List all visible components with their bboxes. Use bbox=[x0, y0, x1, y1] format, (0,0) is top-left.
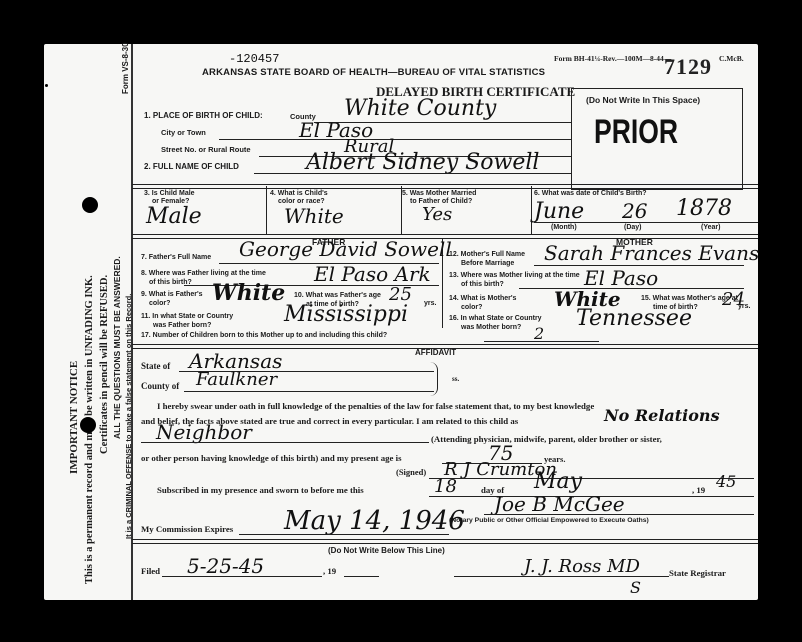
affidavit-county-value: Faulkner bbox=[196, 369, 277, 390]
signed-label: (Signed) bbox=[396, 467, 426, 477]
rule bbox=[344, 576, 379, 577]
oath-line-3: (Attending physician, midwife, parent, o… bbox=[431, 434, 662, 444]
punch-hole bbox=[82, 197, 98, 213]
cell-divider bbox=[266, 186, 267, 234]
commission-value: May 14, 1946 bbox=[284, 506, 465, 536]
father-birthplace-label: 11. In what State or Countrywas Father b… bbox=[141, 312, 233, 330]
oath-line-1: I hereby swear under oath in full knowle… bbox=[157, 401, 594, 411]
cell-divider bbox=[531, 186, 532, 234]
rule bbox=[454, 576, 669, 577]
mother-name-value: Sarah Frances Evans bbox=[544, 241, 759, 265]
registrar-signature: J. J. Ross MD bbox=[524, 556, 640, 577]
mother-birthplace-value: Tennessee bbox=[576, 306, 692, 331]
child-sex-value: Male bbox=[146, 204, 202, 229]
double-rule bbox=[132, 539, 758, 544]
birth-certificate-page: IMPORTANT NOTICE This is a permanent rec… bbox=[44, 44, 758, 600]
mother-name-label: 12. Mother's Full NameBefore Marriage bbox=[449, 250, 525, 268]
father-birthplace-value: Mississippi bbox=[284, 302, 408, 327]
rule bbox=[484, 514, 754, 515]
father-residence-value: El Paso Ark bbox=[314, 262, 431, 286]
sworn-year-prefix: , 19 bbox=[692, 485, 705, 495]
father-color-label: 9. What is Father'scolor? bbox=[141, 290, 203, 308]
rule bbox=[141, 442, 429, 443]
relation-value: No Relations bbox=[604, 406, 720, 425]
filed-year-prefix: , 19 bbox=[323, 566, 336, 576]
registrar-label: State Registrar bbox=[669, 568, 726, 578]
side-form-number: Form VS-8-30 bbox=[121, 42, 130, 94]
commission-label: My Commission Expires bbox=[141, 524, 233, 534]
mother-color-label: 14. What is Mother'scolor? bbox=[449, 294, 516, 312]
mother-married-value: Yes bbox=[422, 204, 452, 225]
prior-stamp: PRIOR bbox=[594, 113, 678, 152]
issuer: ARKANSAS STATE BOARD OF HEALTH—BUREAU OF… bbox=[202, 67, 545, 78]
stamped-number: 7129 bbox=[664, 54, 712, 80]
sworn-month-value: May bbox=[534, 469, 582, 494]
father-name-label: 7. Father's Full Name bbox=[141, 254, 211, 261]
birth-place-label: 1. PLACE OF BIRTH OF CHILD: bbox=[144, 111, 263, 120]
day-caption: (Day) bbox=[624, 224, 642, 231]
relation-value-2: Neighbor bbox=[156, 420, 252, 444]
rule bbox=[429, 478, 754, 479]
notary-signature: Joe B McGee bbox=[494, 492, 625, 516]
birth-date-label: 6. What was date of Child's Birth? bbox=[534, 190, 647, 197]
rule bbox=[254, 173, 571, 174]
child-name-label: 2. FULL NAME OF CHILD bbox=[144, 162, 239, 171]
affidavit-brace bbox=[429, 362, 438, 396]
rule bbox=[484, 341, 599, 342]
affidavit-state-label: State of bbox=[141, 361, 170, 371]
street-label: Street No. or Rural Route bbox=[161, 145, 251, 154]
notice-line-3: ALL THE QUESTIONS MUST BE ANSWERED. bbox=[112, 256, 122, 439]
notice-heading: IMPORTANT NOTICE bbox=[68, 361, 80, 474]
subscribed-label: Subscribed in my presence and sworn to b… bbox=[157, 485, 364, 495]
mother-age-unit: yrs. bbox=[738, 303, 750, 310]
birth-day-value: 26 bbox=[622, 199, 647, 223]
notary-caption: (Notary Public or Other Official Empower… bbox=[449, 517, 649, 524]
rule bbox=[534, 222, 758, 223]
mother-birthplace-label: 16. In what State or Countrywas Mother b… bbox=[449, 314, 542, 332]
birth-year-value: 1878 bbox=[676, 196, 732, 221]
rule bbox=[239, 534, 449, 535]
filed-label: Filed bbox=[141, 566, 160, 576]
notice-line-2: Certificates in pencil will be REFUSED. bbox=[99, 275, 110, 454]
office-box-caption: (Do Not Write In This Space) bbox=[586, 95, 700, 105]
filed-date-value: 5-25-45 bbox=[187, 554, 264, 578]
city-label: City or Town bbox=[161, 128, 206, 137]
sidebar-divider bbox=[131, 44, 133, 600]
rule bbox=[219, 139, 571, 140]
child-color-value: White bbox=[284, 204, 344, 228]
rule bbox=[519, 288, 744, 289]
father-color-value: White bbox=[212, 280, 285, 306]
father-name-value: George David Sowell bbox=[239, 237, 452, 261]
rule bbox=[162, 576, 322, 577]
rule bbox=[184, 391, 434, 392]
child-name-value: Albert Sidney Sowell bbox=[306, 150, 539, 175]
do-not-write-caption: (Do Not Write Below This Line) bbox=[328, 546, 445, 555]
affidavit-ss: ss. bbox=[452, 375, 459, 383]
office-use-box: (Do Not Write In This Space) PRIOR bbox=[571, 88, 743, 190]
affidavit-county-label: County of bbox=[141, 381, 179, 391]
punch-hole bbox=[80, 417, 96, 433]
form-suffix: C.McB. bbox=[719, 54, 744, 63]
ink-dot bbox=[45, 84, 48, 87]
important-notice-sidebar: IMPORTANT NOTICE This is a permanent rec… bbox=[44, 44, 131, 600]
sworn-day-value: 18 bbox=[434, 476, 457, 497]
father-age-unit: yrs. bbox=[424, 300, 436, 307]
registrar-mark: S bbox=[630, 578, 641, 597]
serial-number: -120457 bbox=[229, 52, 279, 66]
form-number: Form BH-41¼-Rev.—100M—8-44— bbox=[554, 54, 671, 63]
children-count-label: 17. Number of Children born to this Moth… bbox=[141, 332, 387, 339]
month-caption: (Month) bbox=[551, 224, 577, 231]
affidavit-heading: AFFIDAVIT bbox=[415, 348, 456, 357]
birth-month-value: June bbox=[534, 199, 584, 224]
oath-line-4: or other person having knowledge of this… bbox=[141, 453, 402, 463]
year-caption: (Year) bbox=[701, 224, 720, 231]
sworn-year-value: 45 bbox=[716, 472, 736, 491]
double-rule bbox=[132, 184, 758, 189]
